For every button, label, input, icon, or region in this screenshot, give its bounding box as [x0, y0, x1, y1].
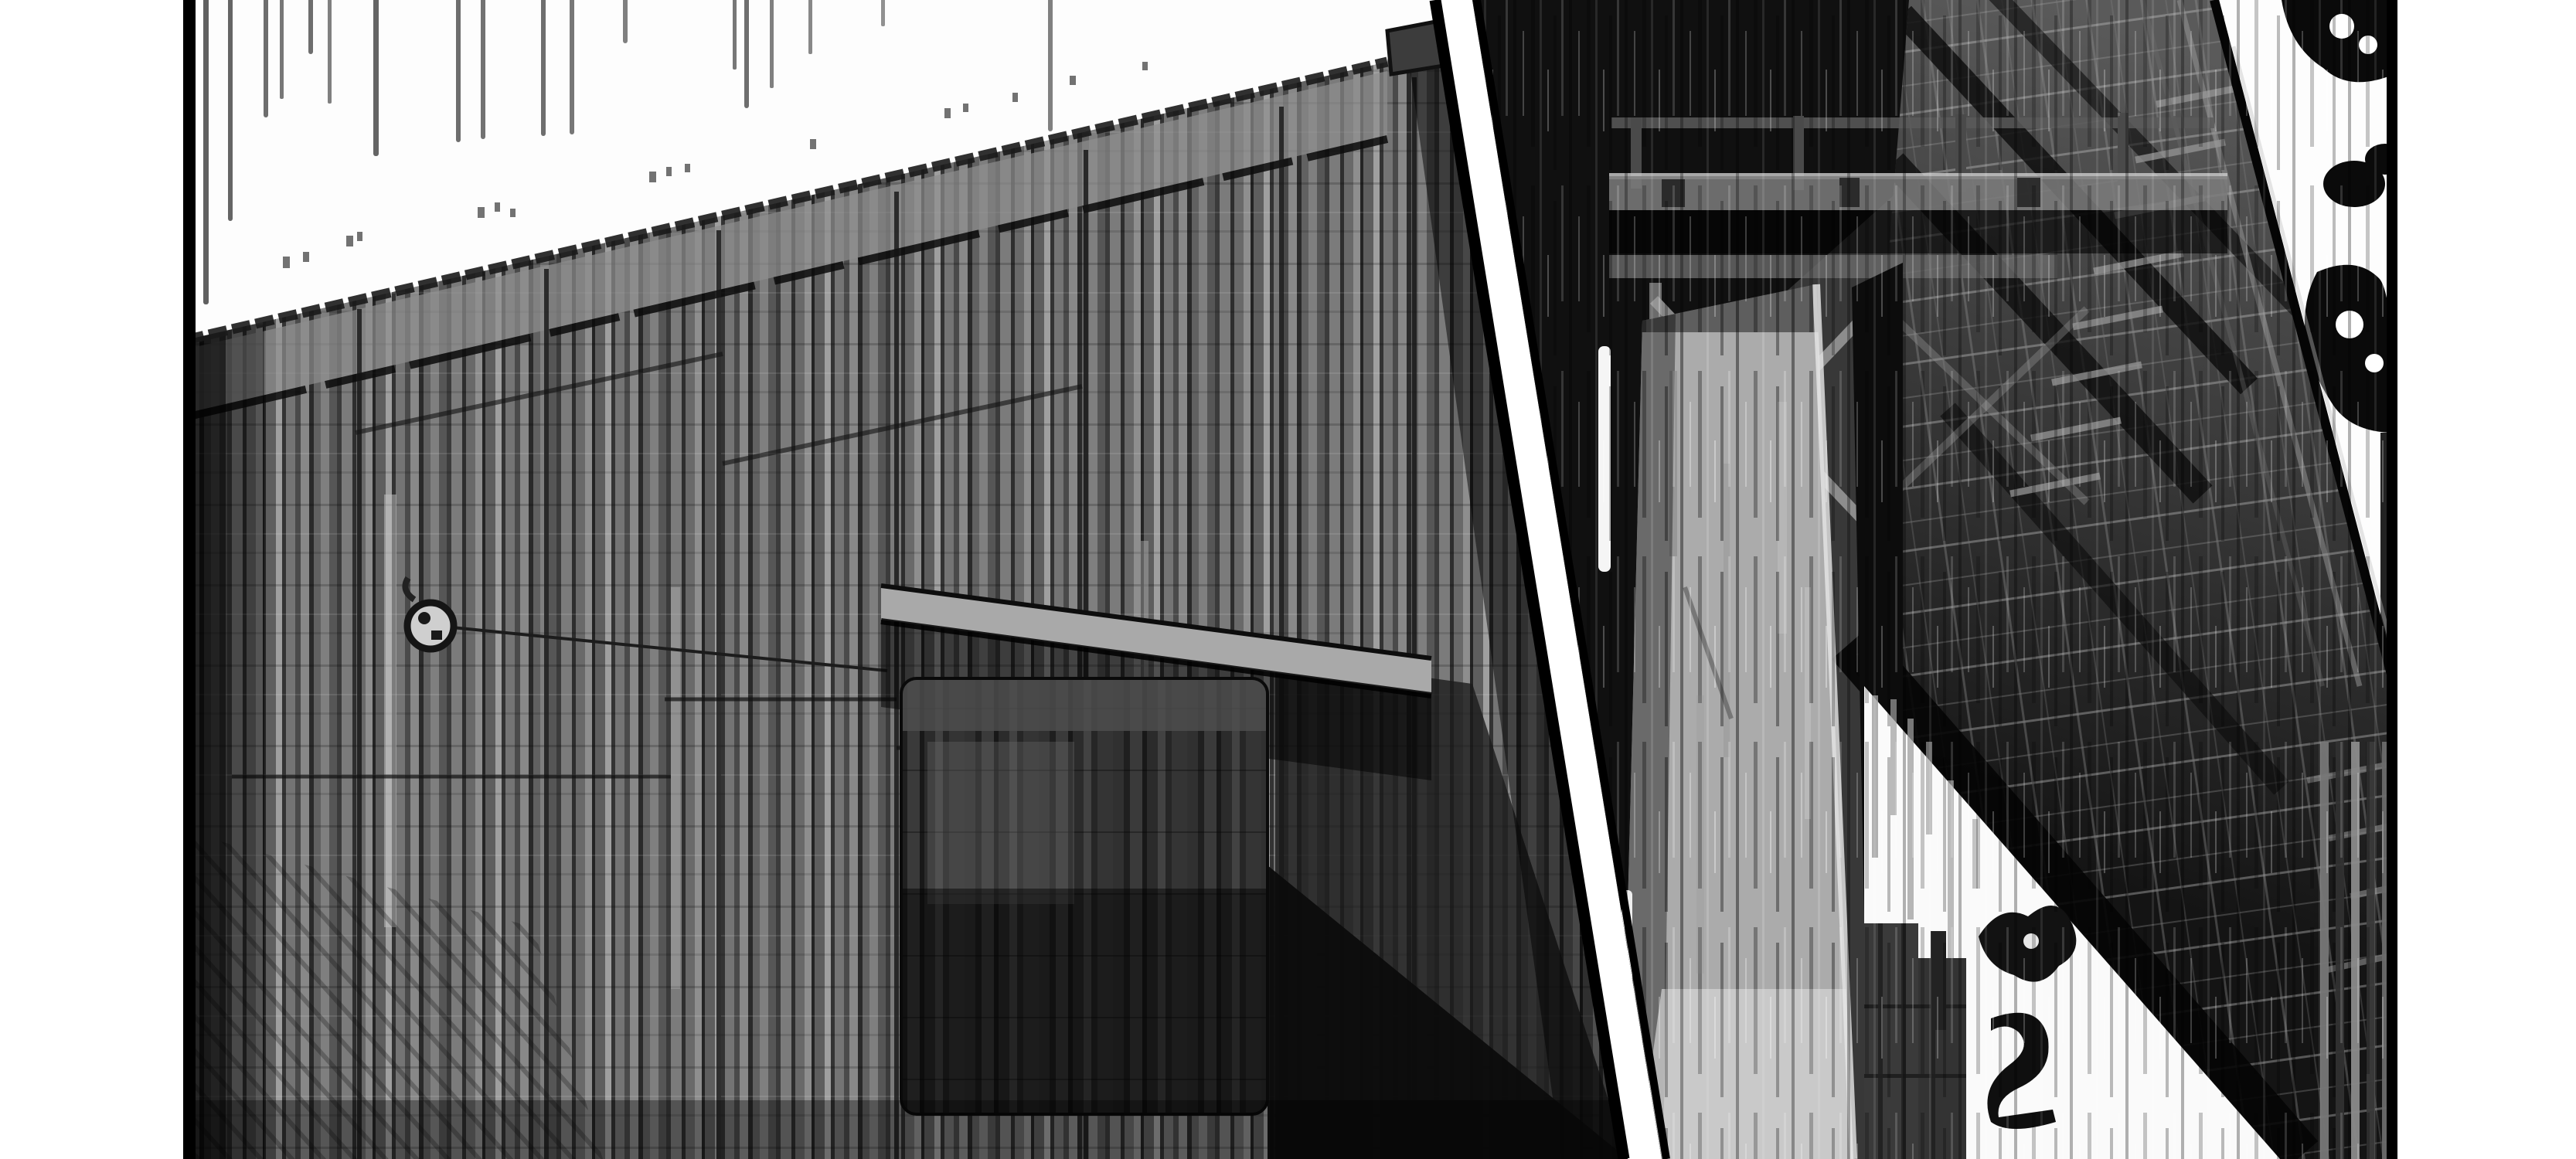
speck [346, 236, 353, 246]
right-panel-border-right [2387, 0, 2397, 1159]
speck [1012, 93, 1018, 102]
rain-streak [770, 0, 774, 88]
speck [303, 252, 309, 262]
speck [1142, 62, 1148, 70]
insulator-notch [431, 630, 442, 640]
speck [810, 139, 816, 149]
rain-streak [264, 0, 268, 117]
light-plank [671, 587, 680, 989]
speck [685, 164, 690, 172]
rain-streak [203, 0, 209, 304]
speck [1070, 76, 1076, 85]
left-edge-shadow-core [195, 332, 226, 1159]
door [903, 680, 1266, 1113]
rain-streak [228, 0, 233, 221]
left-panel [183, 0, 1632, 1159]
rain-streak [808, 0, 812, 54]
artwork [0, 0, 2576, 1159]
light-plank [384, 495, 396, 927]
rain-streak [456, 0, 461, 142]
rain-streak [623, 0, 628, 43]
speck [357, 232, 362, 241]
left-panel-border-left [183, 0, 196, 1159]
speck [478, 207, 485, 218]
insulator-ring [407, 603, 454, 649]
rain-streak [328, 0, 332, 104]
rain-streak [308, 0, 313, 54]
rain-streak [373, 0, 379, 156]
speck [666, 167, 672, 176]
rain-streak [733, 0, 737, 70]
speck [944, 108, 951, 118]
rain-streak [881, 0, 885, 26]
speck [649, 172, 656, 182]
bottom-darkening [195, 1100, 1628, 1159]
speck [495, 202, 500, 212]
rain-streak [481, 0, 485, 139]
door-mid-light [927, 742, 1074, 904]
rain-streak [280, 0, 284, 99]
rain-streak [744, 0, 749, 108]
door-bottom-shade [903, 889, 1266, 1113]
speck [283, 257, 290, 268]
rain-streak [541, 0, 546, 136]
manga-page [0, 0, 2576, 1159]
speck [510, 209, 516, 217]
door-header [903, 680, 1266, 731]
speck [963, 104, 968, 112]
insulator-center [418, 612, 430, 624]
rain-streak [1048, 0, 1053, 131]
rain-streak [570, 0, 574, 134]
